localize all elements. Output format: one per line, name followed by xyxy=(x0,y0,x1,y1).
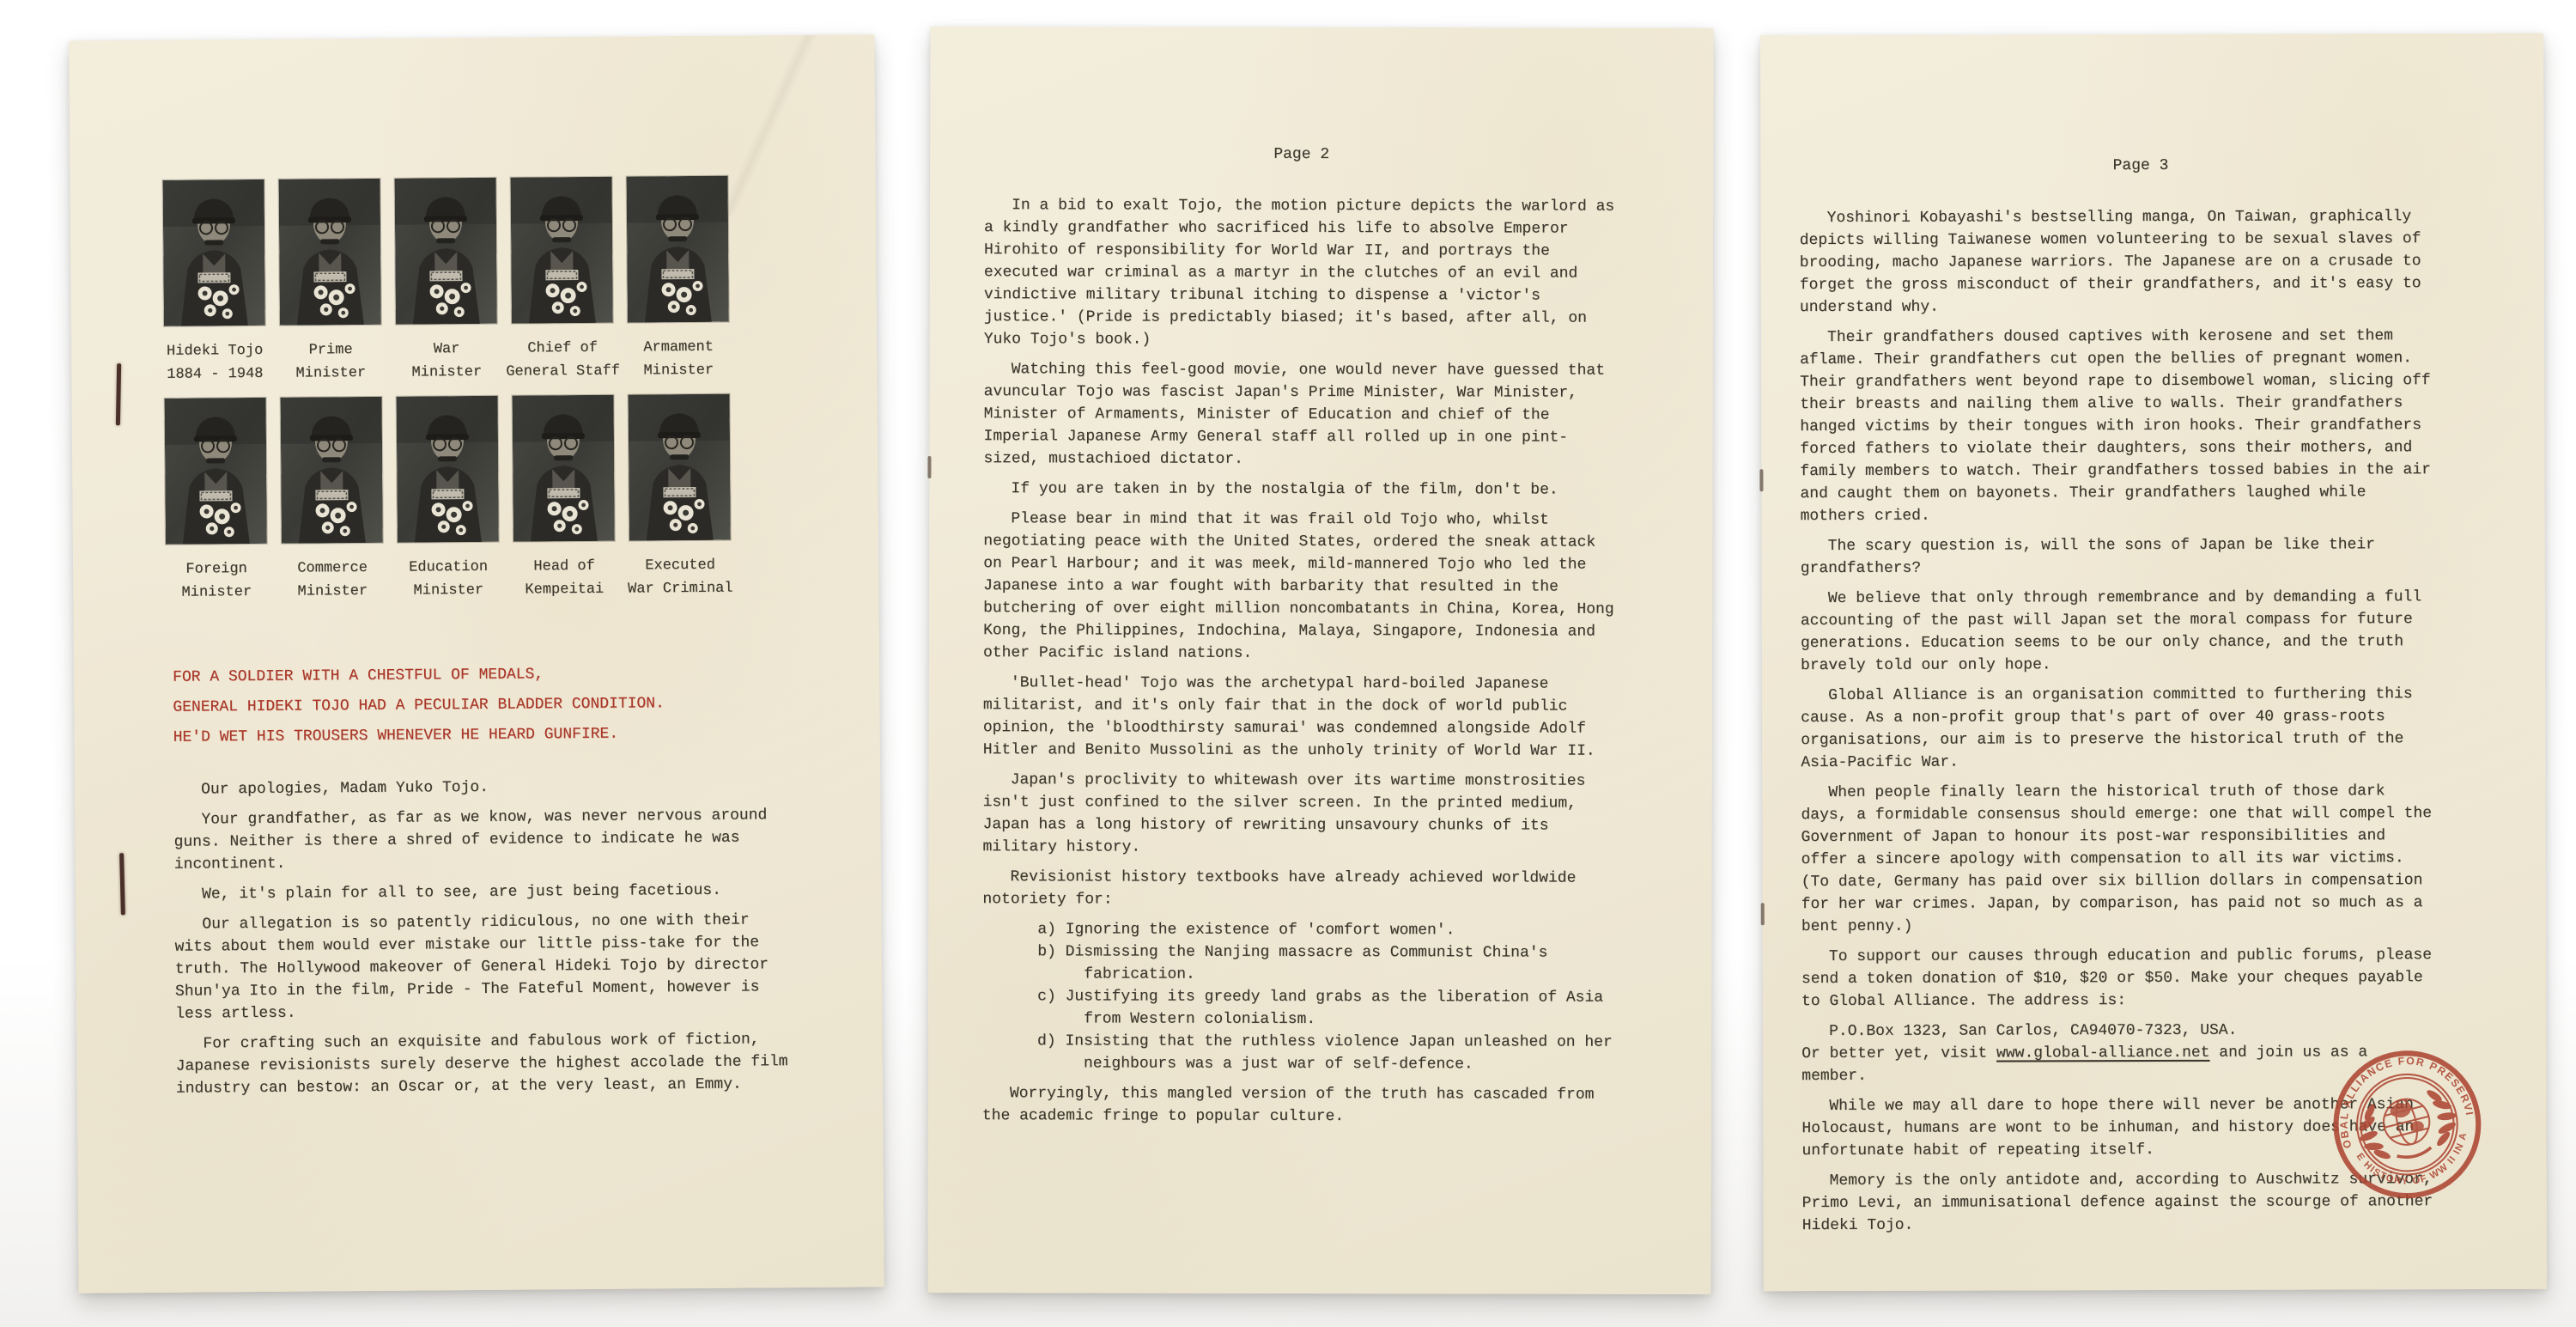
photo-caption-line2: Minister xyxy=(390,361,503,385)
body-paragraph: The scary question is, will the sons of … xyxy=(1801,533,2436,580)
tojo-portrait-photo xyxy=(395,178,497,325)
photo-cell: Prime Minister xyxy=(273,179,388,386)
body-paragraph: Please bear in mind that it was frail ol… xyxy=(983,508,1618,666)
photo-caption-line2: Minister xyxy=(160,581,273,605)
page-2: Page 2 In a bid to exalt Tojo, the motio… xyxy=(927,27,1713,1294)
photo-caption-line2: War Criminal xyxy=(623,577,737,601)
red-headline-line: GENERAL HIDEKI TOJO HAD A PECULIAR BLADD… xyxy=(173,688,819,723)
tojo-portrait-photo xyxy=(513,395,615,542)
body-paragraph: Watching this feel-good movie, one would… xyxy=(983,358,1618,472)
page2-body: In a bid to exalt Tojo, the motion pictu… xyxy=(982,194,1619,912)
edge-mark xyxy=(927,456,931,478)
body-paragraph: Our apologies, Madam Yuko Tojo. xyxy=(173,774,788,801)
photo-caption-line2: 1884 - 1948 xyxy=(158,362,271,387)
body-paragraph: Yoshinori Kobayashi's bestselling manga,… xyxy=(1800,205,2435,319)
website-link: www.global-alliance.net xyxy=(1996,1044,2210,1062)
body-paragraph: We believe that only through remembrance… xyxy=(1801,586,2436,677)
body-paragraph: Our allegation is so patently ridiculous… xyxy=(174,909,790,1026)
body-paragraph: Their grandfathers doused captives with … xyxy=(1800,325,2436,527)
notoriety-list: a) Ignoring the existence of 'comfort wo… xyxy=(982,918,1617,1076)
photo-caption-line2: General Staff xyxy=(506,360,619,384)
body-paragraph: When people finally learn the historical… xyxy=(1801,780,2436,938)
photo-caption-line1: War xyxy=(390,338,503,362)
page2-closing: Worryingly, this mangled version of the … xyxy=(982,1082,1617,1129)
body-paragraph: Japan's proclivity to whitewash over its… xyxy=(983,769,1618,860)
tojo-portrait-photo xyxy=(629,394,731,541)
photo-cell: Armament Minister xyxy=(621,176,736,383)
page1-body: Our apologies, Madam Yuko Tojo.Your gran… xyxy=(173,774,791,1100)
photo-caption-line2: Minister xyxy=(276,580,389,604)
red-headline-line: FOR A SOLDIER WITH A CHESTFUL OF MEDALS, xyxy=(173,658,819,693)
body-paragraph: Revisionist history textbooks have alrea… xyxy=(982,866,1617,912)
photo-caption-line1: Foreign xyxy=(160,557,273,581)
body-paragraph: a) Ignoring the existence of 'comfort wo… xyxy=(1084,918,1617,941)
body-paragraph: Worryingly, this mangled version of the … xyxy=(982,1082,1617,1129)
photo-cell: Hideki Tojo 1884 - 1948 xyxy=(157,180,272,387)
photo-caption-line1: Education xyxy=(392,556,505,580)
page-number: Page 3 xyxy=(1799,154,2482,178)
page3-body: Yoshinori Kobayashi's bestselling manga,… xyxy=(1800,205,2437,1013)
stamp-globe-icon xyxy=(2379,1094,2434,1150)
photo-caption-line1: Executed xyxy=(623,554,737,578)
tojo-portrait-photo xyxy=(279,179,381,326)
tojo-portrait-photo xyxy=(165,398,267,545)
body-paragraph: In a bid to exalt Tojo, the motion pictu… xyxy=(984,194,1619,352)
photo-cell: War Minister xyxy=(389,178,504,385)
photo-caption-line2: Minister xyxy=(622,359,735,383)
tojo-portrait-photo xyxy=(511,177,613,324)
photo-caption-line1: Chief of xyxy=(506,337,619,361)
body-paragraph: For crafting such an exquisite and fabul… xyxy=(175,1028,791,1100)
body-paragraph: b) Dismissing the Nanjing massacre as Co… xyxy=(1084,940,1617,986)
website-line-before: Or better yet, visit xyxy=(1801,1044,1996,1062)
red-headline: FOR A SOLDIER WITH A CHESTFUL OF MEDALS,… xyxy=(173,658,820,753)
body-paragraph: Global Alliance is an organisation commi… xyxy=(1801,683,2436,774)
photo-cell: Education Minister xyxy=(391,396,506,603)
photo-caption-line1: Prime xyxy=(274,338,387,362)
photo-cell: Foreign Minister xyxy=(159,398,274,605)
photo-cell: Chief of General Staff xyxy=(505,177,620,384)
body-paragraph: If you are taken in by the nostalgia of … xyxy=(983,478,1618,502)
photo-grid: Hideki Tojo 1884 - 1948 xyxy=(157,175,819,605)
body-paragraph: To support our causes through education … xyxy=(1801,944,2437,1013)
photo-caption-line1: Hideki Tojo xyxy=(158,339,271,363)
tojo-portrait-photo xyxy=(397,396,499,543)
photo-cell: Head of Kempeitai xyxy=(507,395,622,602)
photo-caption-line1: Head of xyxy=(507,555,621,579)
photo-caption-line1: Armament xyxy=(622,336,735,360)
tojo-portrait-photo xyxy=(627,176,729,323)
page-1: Hideki Tojo 1884 - 1948 xyxy=(69,34,884,1293)
body-paragraph: c) Justifying its greedy land grabs as t… xyxy=(1084,985,1617,1031)
photo-caption-line2: Minister xyxy=(392,579,505,603)
photo-caption-line1: Commerce xyxy=(276,557,389,581)
page-3: Page 3 Yoshinori Kobayashi's bestselling… xyxy=(1760,33,2547,1291)
red-headline-line: HE'D WET HIS TROUSERS WHENEVER HE HEARD … xyxy=(173,718,820,753)
photo-caption-line2: Minister xyxy=(274,362,387,386)
photo-caption-line2: Kempeitai xyxy=(507,578,621,602)
scanned-leaflet: Hideki Tojo 1884 - 1948 xyxy=(0,0,2576,1327)
tojo-portrait-photo xyxy=(281,397,383,544)
body-paragraph: d) Insisting that the ruthless violence … xyxy=(1084,1030,1617,1075)
photo-cell: Commerce Minister xyxy=(275,397,390,604)
page-number: Page 2 xyxy=(984,143,1619,167)
tojo-portrait-photo xyxy=(163,180,265,326)
body-paragraph: 'Bullet-head' Tojo was the archetypal ha… xyxy=(983,672,1618,763)
photo-cell: Executed War Criminal xyxy=(623,394,738,601)
address-line: P.O.Box 1323, San Carlos, CA94070-7323, … xyxy=(1801,1019,2437,1043)
body-paragraph: We, it's plain for all to see, are just … xyxy=(174,879,789,906)
body-paragraph: Your grandfather, as far as we know, was… xyxy=(173,804,789,876)
